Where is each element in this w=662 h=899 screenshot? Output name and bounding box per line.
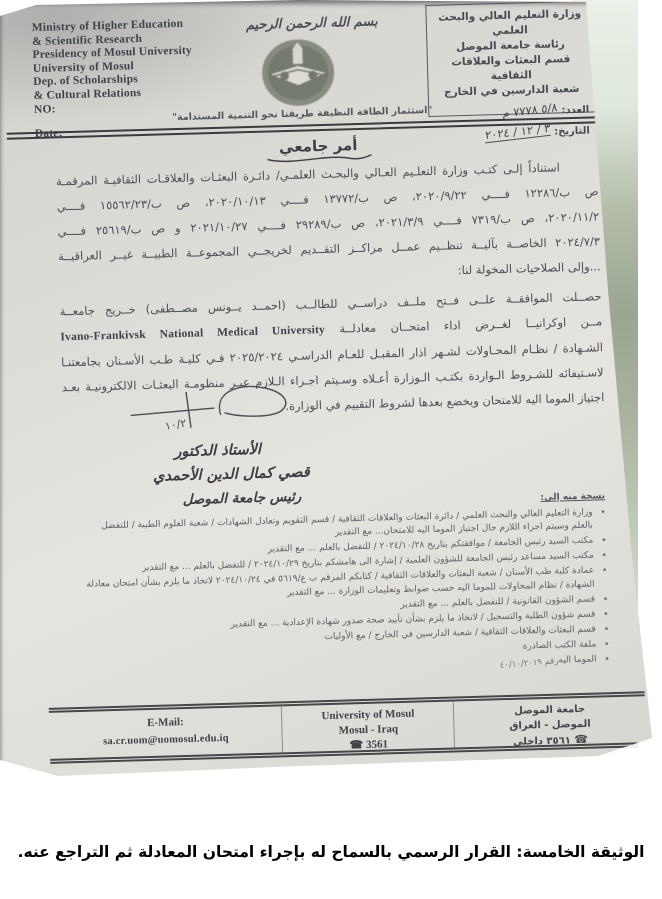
ministry-line-ar: وزارة التعليم العالي والبحث العلمي [432, 7, 587, 41]
order-title: أمر جامعي [279, 136, 358, 156]
cc-item-text: الموما اليه [558, 654, 597, 665]
footer-university-cell: University of Mosul Mosul - Iraq ☎ 3561 [281, 702, 455, 753]
asterisk-bullet-icon: ٭ [604, 638, 609, 652]
document-caption: الوثيقة الخامسة: القرار الرسمي بالسماح ل… [0, 843, 662, 861]
letter-content: Ministry of Higher Education & Scientifi… [0, 0, 661, 791]
division-line-ar: شعبة الدارسين في الخارج [435, 82, 589, 101]
cc-item-text: قسم الشؤون القانونية / للتفضل بالعلم ...… [400, 594, 595, 609]
signature-block: ١٠/٢ الأستاذ الدكتور قصي كمال الدين الأح… [116, 380, 345, 514]
document-photo: Ministry of Higher Education & Scientifi… [0, 0, 662, 800]
university-name-latin: Ivano-Frankivsk National Medical Univers… [60, 324, 325, 343]
asterisk-bullet-icon: ٭ [603, 593, 608, 607]
department-line-ar: قسم البعثات والعلاقات الثقافية [434, 52, 589, 86]
university-of-mosul-seal-icon [258, 36, 338, 110]
footer-university-cell-ar: جامعة الموصل الموصل - العراق ☎ ٣٥٦١ داخل… [454, 696, 646, 747]
cc-list: نسخة منه إلى: ٭وزارة التعليم العالي والب… [77, 490, 610, 682]
letter-footer: E-Mail: sa.cr.uom@uomosul.edu.iq Univers… [49, 691, 646, 764]
asterisk-bullet-icon: ٭ [603, 608, 608, 622]
page: Ministry of Higher Education & Scientifi… [0, 0, 662, 899]
phone-number-en: 3561 [366, 738, 388, 751]
cc-item-text: ملفة الكتب الصادرة [523, 639, 597, 651]
order-paragraph-1: استناداً إلـى كتـب وزارة التعلـيم العـال… [56, 154, 601, 294]
scanned-letter-paper: Ministry of Higher Education & Scientifi… [0, 0, 662, 790]
arabic-segment: مــن اوكرانيــا لغــرض اداء امتحــان معا… [339, 314, 602, 335]
asterisk-bullet-icon: ٭ [601, 534, 606, 548]
phone-icon: ☎ [574, 733, 588, 746]
phone-number-ar: ٣٥٦١ داخلي [513, 735, 571, 748]
footer-email-cell: E-Mail: sa.cr.uom@uomosul.edu.iq [49, 706, 283, 758]
letterhead-arabic-box: وزارة التعليم العالي والبحث العلمي رئاسة… [425, 0, 596, 117]
asterisk-bullet-icon: ٭ [600, 506, 605, 520]
handwritten-signature-icon [124, 380, 335, 440]
phone-icon: ☎ [349, 739, 363, 751]
ref-number-label: العدد: [561, 105, 589, 117]
asterisk-bullet-icon: ٭ [602, 564, 607, 578]
asterisk-bullet-icon: ٭ [602, 549, 607, 563]
asterisk-bullet-icon: ٭ [605, 653, 610, 667]
letterhead-english: Ministry of Higher Education & Scientifi… [32, 16, 260, 141]
asterisk-bullet-icon: ٭ [604, 623, 609, 637]
